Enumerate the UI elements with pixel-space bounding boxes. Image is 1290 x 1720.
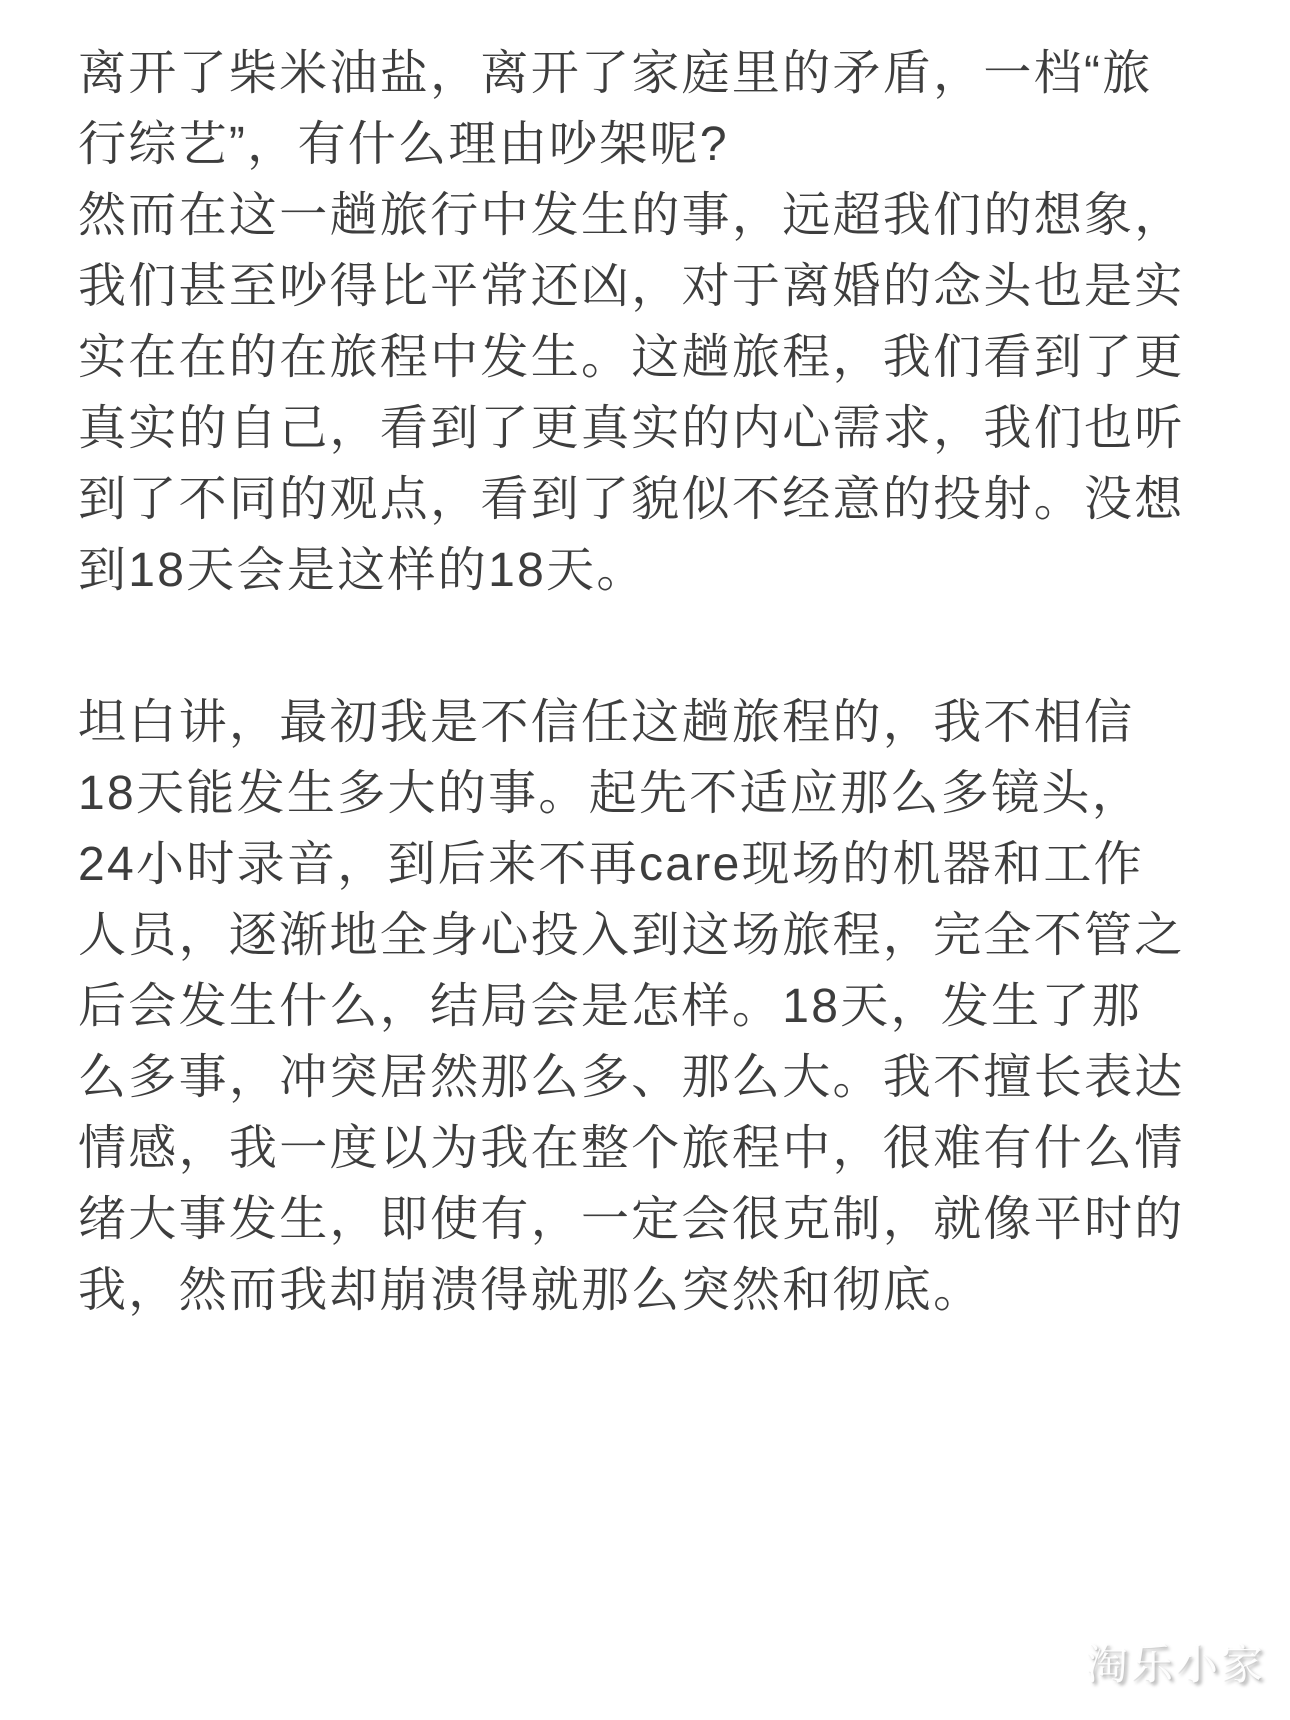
paragraph-confession: 坦白讲，最初我是不信任这趟旅程的，我不相信 18天能发生多大的事。起先不适应那么… bbox=[78, 687, 1192, 1326]
paragraph-journey-reflection: 然而在这一趟旅行中发生的事，远超我们的想象， 我们甚至吵得比平常还凶，对于离婚的… bbox=[78, 180, 1192, 606]
paragraph-intro: 离开了柴米油盐，离开了家庭里的矛盾，一档“旅 行综艺”，有什么理由吵架呢? bbox=[78, 38, 1192, 180]
watermark-text: 淘乐小家 bbox=[1086, 1632, 1266, 1692]
article-text: 离开了柴米油盐，离开了家庭里的矛盾，一档“旅 行综艺”，有什么理由吵架呢? 然而… bbox=[78, 38, 1192, 1326]
